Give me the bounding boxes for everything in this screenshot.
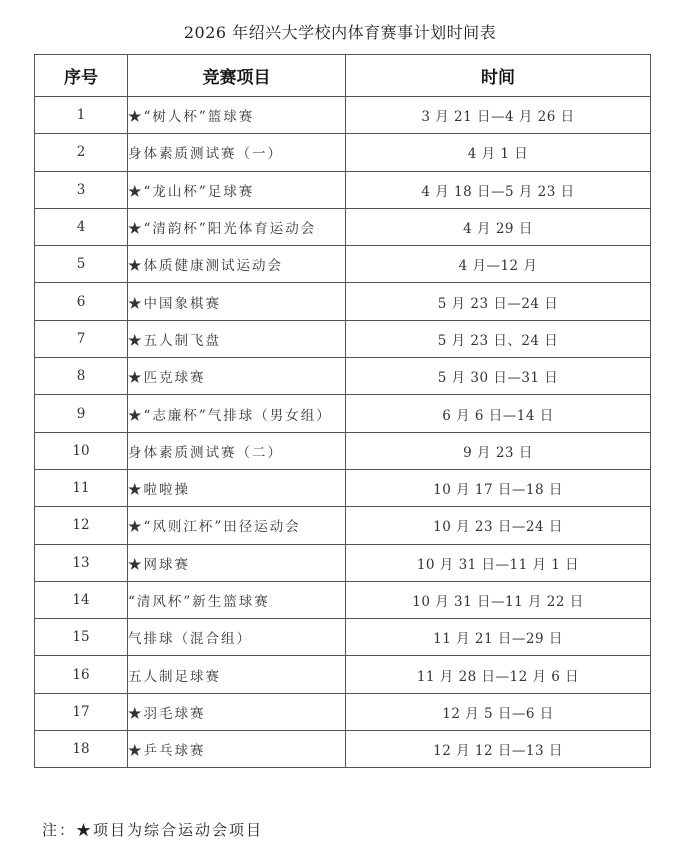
row-number: 12 <box>35 507 128 544</box>
row-number: 9 <box>35 395 128 432</box>
table-row: 9★“志廉杯”气排球（男女组）6 月 6 日—14 日 <box>35 395 651 432</box>
row-event: ★乒乓球赛 <box>128 731 346 768</box>
row-number: 17 <box>35 693 128 730</box>
row-time: 11 月 21 日—29 日 <box>346 619 651 656</box>
document-title: 2026 年绍兴大学校内体育赛事计划时间表 <box>0 20 680 43</box>
row-event: ★“风则江杯”田径运动会 <box>128 507 346 544</box>
row-number: 1 <box>35 97 128 134</box>
header-number: 序号 <box>35 55 128 97</box>
row-event: ★“清韵杯”阳光体育运动会 <box>128 208 346 245</box>
row-event: ★匹克球赛 <box>128 358 346 395</box>
row-time: 10 月 31 日—11 月 1 日 <box>346 544 651 581</box>
table-row: 6★中国象棋赛5 月 23 日—24 日 <box>35 283 651 320</box>
table-row: 11★啦啦操10 月 17 日—18 日 <box>35 469 651 506</box>
row-time: 10 月 23 日—24 日 <box>346 507 651 544</box>
row-number: 14 <box>35 581 128 618</box>
table-row: 5★体质健康测试运动会4 月—12 月 <box>35 246 651 283</box>
row-time: 5 月 23 日—24 日 <box>346 283 651 320</box>
row-event: ★网球赛 <box>128 544 346 581</box>
table-row: 13★网球赛10 月 31 日—11 月 1 日 <box>35 544 651 581</box>
row-event: ★体质健康测试运动会 <box>128 246 346 283</box>
row-time: 5 月 23 日、24 日 <box>346 320 651 357</box>
row-number: 3 <box>35 171 128 208</box>
row-number: 16 <box>35 656 128 693</box>
row-time: 4 月—12 月 <box>346 246 651 283</box>
event-schedule-table: 序号 竞赛项目 时间 1★“树人杯”篮球赛3 月 21 日—4 月 26 日2身… <box>34 54 651 768</box>
header-event: 竞赛项目 <box>128 55 346 97</box>
table-row: 1★“树人杯”篮球赛3 月 21 日—4 月 26 日 <box>35 97 651 134</box>
table-row: 17★羽毛球赛12 月 5 日—6 日 <box>35 693 651 730</box>
footnote: 注：★项目为综合运动会项目 <box>42 819 263 840</box>
row-time: 5 月 30 日—31 日 <box>346 358 651 395</box>
row-event: ★啦啦操 <box>128 469 346 506</box>
table-row: 14“清风杯”新生篮球赛10 月 31 日—11 月 22 日 <box>35 581 651 618</box>
row-time: 12 月 5 日—6 日 <box>346 693 651 730</box>
table-row: 18★乒乓球赛12 月 12 日—13 日 <box>35 731 651 768</box>
row-number: 8 <box>35 358 128 395</box>
row-event: ★“志廉杯”气排球（男女组） <box>128 395 346 432</box>
row-event: 身体素质测试赛（一） <box>128 134 346 171</box>
header-time: 时间 <box>346 55 651 97</box>
row-event: 身体素质测试赛（二） <box>128 432 346 469</box>
row-event: ★五人制飞盘 <box>128 320 346 357</box>
table-header-row: 序号 竞赛项目 时间 <box>35 55 651 97</box>
row-number: 13 <box>35 544 128 581</box>
row-event: 气排球（混合组） <box>128 619 346 656</box>
table-row: 3★“龙山杯”足球赛4 月 18 日—5 月 23 日 <box>35 171 651 208</box>
row-number: 6 <box>35 283 128 320</box>
row-number: 15 <box>35 619 128 656</box>
table-row: 12★“风则江杯”田径运动会10 月 23 日—24 日 <box>35 507 651 544</box>
row-time: 4 月 1 日 <box>346 134 651 171</box>
table-row: 16五人制足球赛11 月 28 日—12 月 6 日 <box>35 656 651 693</box>
row-number: 11 <box>35 469 128 506</box>
row-time: 9 月 23 日 <box>346 432 651 469</box>
row-event: ★“树人杯”篮球赛 <box>128 97 346 134</box>
row-number: 4 <box>35 208 128 245</box>
row-number: 5 <box>35 246 128 283</box>
table-row: 2身体素质测试赛（一）4 月 1 日 <box>35 134 651 171</box>
row-time: 11 月 28 日—12 月 6 日 <box>346 656 651 693</box>
row-number: 18 <box>35 731 128 768</box>
row-event: ★中国象棋赛 <box>128 283 346 320</box>
row-event: ★羽毛球赛 <box>128 693 346 730</box>
row-time: 10 月 17 日—18 日 <box>346 469 651 506</box>
row-time: 12 月 12 日—13 日 <box>346 731 651 768</box>
row-time: 4 月 29 日 <box>346 208 651 245</box>
table-row: 15气排球（混合组）11 月 21 日—29 日 <box>35 619 651 656</box>
row-event: “清风杯”新生篮球赛 <box>128 581 346 618</box>
row-time: 10 月 31 日—11 月 22 日 <box>346 581 651 618</box>
row-event: ★“龙山杯”足球赛 <box>128 171 346 208</box>
table-row: 7★五人制飞盘5 月 23 日、24 日 <box>35 320 651 357</box>
row-time: 3 月 21 日—4 月 26 日 <box>346 97 651 134</box>
row-time: 4 月 18 日—5 月 23 日 <box>346 171 651 208</box>
row-number: 7 <box>35 320 128 357</box>
row-number: 10 <box>35 432 128 469</box>
table-row: 10身体素质测试赛（二）9 月 23 日 <box>35 432 651 469</box>
table-row: 4★“清韵杯”阳光体育运动会4 月 29 日 <box>35 208 651 245</box>
table-row: 8★匹克球赛5 月 30 日—31 日 <box>35 358 651 395</box>
row-number: 2 <box>35 134 128 171</box>
row-time: 6 月 6 日—14 日 <box>346 395 651 432</box>
row-event: 五人制足球赛 <box>128 656 346 693</box>
